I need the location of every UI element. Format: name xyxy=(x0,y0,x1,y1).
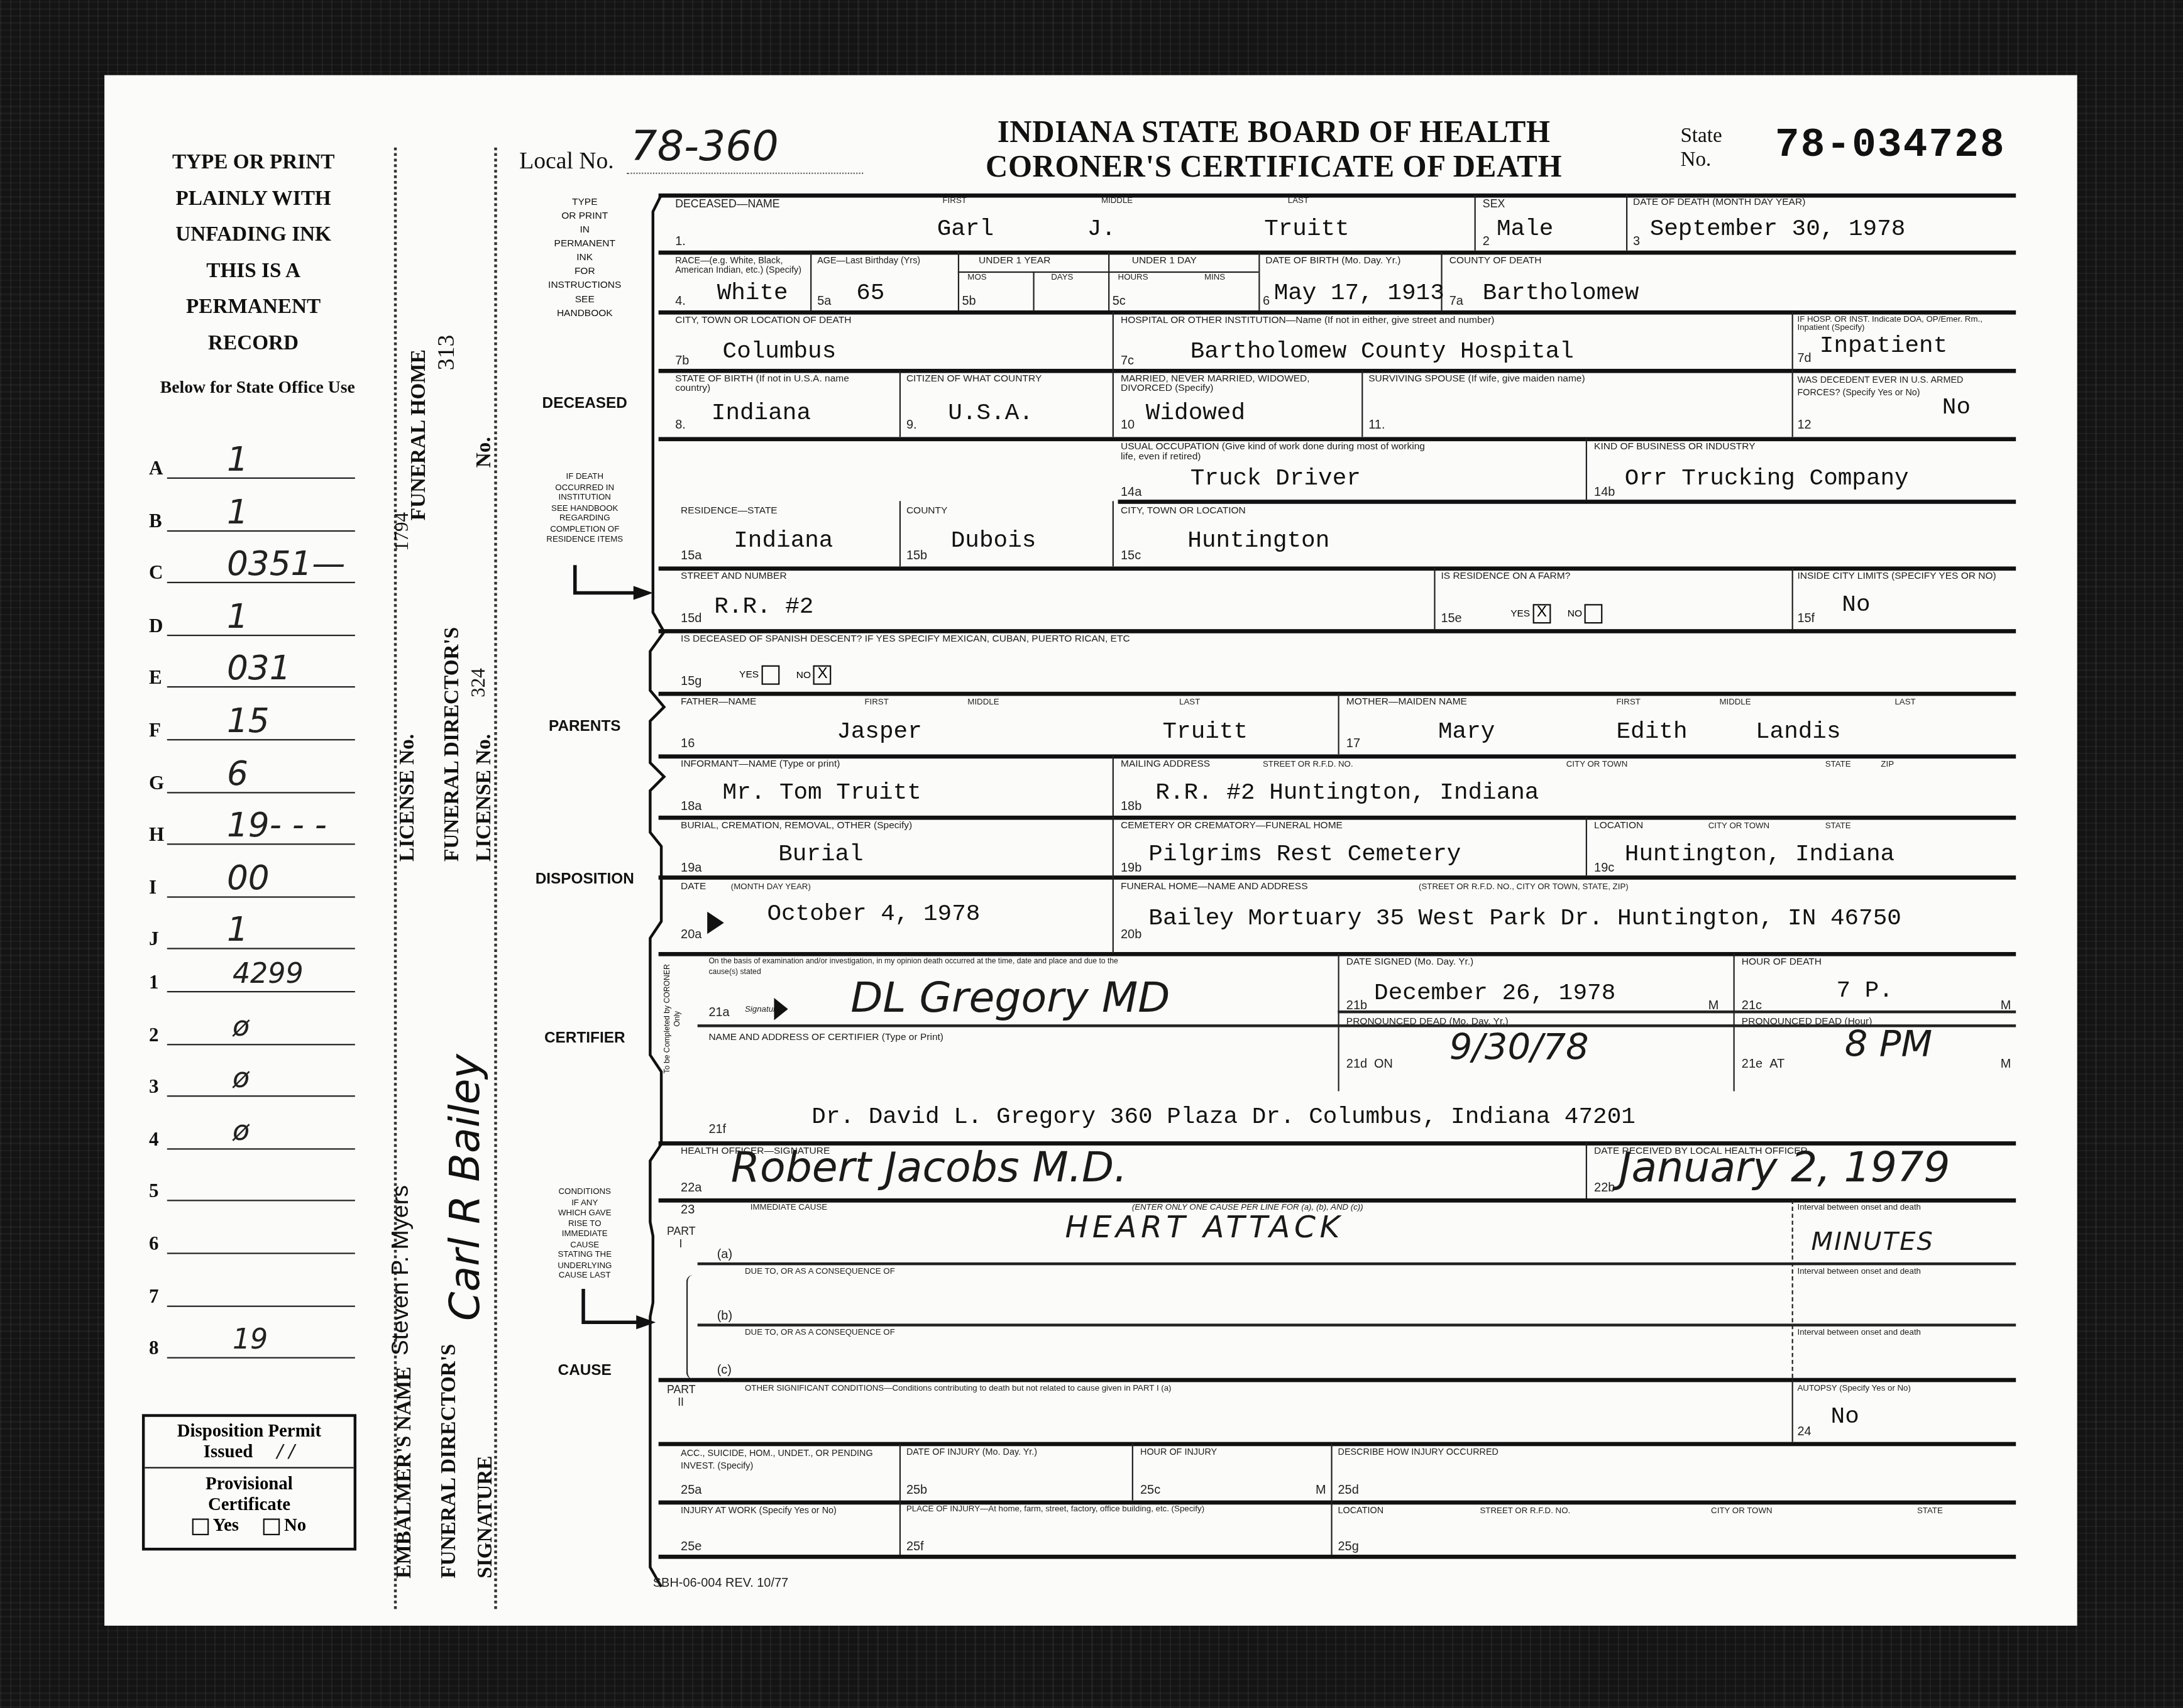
state-office-row-label: B xyxy=(149,512,162,534)
immediate-cause[interactable]: HEART ATTACK xyxy=(1065,1211,1344,1245)
due-to-label-b: DUE TO, OR AS A CONSEQUENCE OF xyxy=(745,1268,895,1276)
business-value[interactable]: Orr Trucking Company xyxy=(1625,466,1909,493)
local-no-label: Local No. xyxy=(519,148,614,175)
deceased-middle-name[interactable]: J. xyxy=(1087,217,1116,244)
hour-of-death[interactable]: 7 P. xyxy=(1836,978,1893,1005)
mother-middle-name[interactable]: Edith xyxy=(1616,720,1687,746)
rule xyxy=(659,629,2016,633)
father-last-name[interactable]: Truitt xyxy=(1162,720,1248,746)
burial-date[interactable]: October 4, 1978 xyxy=(767,902,980,928)
funeral-home-no: 313 xyxy=(433,335,461,370)
state-office-row-label: 6 xyxy=(149,1235,159,1257)
age-value[interactable]: 65 xyxy=(856,281,884,307)
state-office-row-value[interactable]: 1 xyxy=(227,440,248,479)
certifier-signature[interactable]: DL Gregory MD xyxy=(850,974,1170,1023)
state-office-row-label: 2 xyxy=(149,1025,159,1047)
hour-of-death-label: HOUR OF DEATH xyxy=(1742,958,1822,968)
state-no-label: State No. xyxy=(1680,125,1722,172)
city-of-death[interactable]: Columbus xyxy=(723,339,837,366)
citizen-value[interactable]: U.S.A. xyxy=(948,401,1033,427)
city-town-label: CITY OR TOWN xyxy=(1566,762,1627,770)
issued-value: / / xyxy=(277,1442,295,1463)
state-office-row-line xyxy=(167,1252,355,1254)
institution-note: IF DEATHOCCURRED IN INSTITUTIONSEE HANDB… xyxy=(522,473,647,546)
due-to-label-c: DUE TO, OR AS A CONSEQUENCE OF xyxy=(745,1329,895,1337)
state-office-row-line xyxy=(167,948,355,950)
spanish-yes-label: YES xyxy=(739,671,759,681)
rule xyxy=(1118,500,2016,504)
race-value[interactable]: White xyxy=(717,281,788,307)
spanish-yes-checkbox[interactable] xyxy=(761,665,779,685)
funeral-home-label: FUNERAL HOME—NAME AND ADDRESS xyxy=(1121,882,1308,892)
instruction-line: PLAINLY WITH xyxy=(135,181,372,217)
state-office-row-label: 1 xyxy=(149,973,159,995)
sex-value[interactable]: Male xyxy=(1497,217,1553,244)
section-certifier: CERTIFIER xyxy=(522,1030,647,1047)
instruction-line: UNFADING INK xyxy=(135,217,372,254)
disposition-permit-box: Disposition Permit Issued / / Provisiona… xyxy=(142,1414,356,1550)
fd-license-label: FUNERAL DIRECTOR'S xyxy=(441,627,465,862)
zip-label: ZIP xyxy=(1881,762,1894,770)
part-2-label: PART II xyxy=(667,1384,695,1409)
month-day-year-label: (MONTH DAY YEAR) xyxy=(731,884,811,892)
deceased-first-name[interactable]: Garl xyxy=(937,217,994,244)
local-no: 78-360 xyxy=(630,123,778,172)
certifier-name-label: NAME AND ADDRESS OF CERTIFIER (Type or P… xyxy=(708,1032,943,1043)
issued-label: Issued xyxy=(204,1440,253,1461)
residence-state-label: RESIDENCE—STATE xyxy=(681,506,778,517)
instruction-line: TYPE OR PRINT xyxy=(135,145,372,181)
state-office-row-label: 8 xyxy=(149,1339,159,1361)
farm-options: YES X NO xyxy=(1510,604,1603,623)
rule xyxy=(698,1262,2016,1265)
state-office-row-value[interactable]: 0351— xyxy=(227,544,345,583)
state-office-row-line xyxy=(167,1305,355,1306)
residence-city-label: CITY, TOWN OR LOCATION xyxy=(1121,506,1246,517)
form-number: SBH-06-004 REV. 10/77 xyxy=(653,1575,788,1589)
part-1-label: PART I xyxy=(667,1225,695,1250)
state-office-row-value[interactable]: 031 xyxy=(227,649,290,688)
rule xyxy=(659,1442,2016,1447)
section-deceased: DECEASED xyxy=(522,395,647,412)
pronounced-date-label: PRONOUNCED DEAD (Mo. Day. Yr.) xyxy=(1346,1017,1509,1027)
provisional-no-label: No xyxy=(284,1514,306,1535)
spanish-descent-label: IS DECEASED OF SPANISH DESCENT? IF YES S… xyxy=(681,635,1130,645)
mother-name-label: MOTHER—MAIDEN NAME xyxy=(1346,698,1467,708)
fd-signature: Carl R Bailey xyxy=(441,1054,490,1321)
health-officer-signature[interactable]: Robert Jacobs M.D. xyxy=(731,1144,1128,1193)
other-conditions-label: OTHER SIGNIFICANT CONDITIONS—Conditions … xyxy=(745,1385,1172,1393)
funeral-home-value[interactable]: Bailey Mortuary 35 West Park Dr. Hunting… xyxy=(1148,906,1901,933)
rule xyxy=(659,692,2016,696)
informant-label: INFORMANT—NAME (Type or print) xyxy=(681,760,840,770)
rule xyxy=(698,1323,2016,1326)
state-office-row-line xyxy=(167,478,355,479)
license-no-label: LICENSE No. xyxy=(397,734,421,862)
no-label: No. xyxy=(1680,149,1722,173)
instruction-line: RECORD xyxy=(135,326,372,362)
perforation-line xyxy=(494,148,497,1609)
citizen-label: CITIZEN OF WHAT COUNTRY xyxy=(906,375,1042,385)
residence-state[interactable]: Indiana xyxy=(734,529,833,556)
local-no-underline xyxy=(627,173,864,174)
instruction-line: PERMANENT xyxy=(135,290,372,326)
rule xyxy=(659,875,2016,880)
street-rfd-label: STREET OR R.F.D. NO. xyxy=(1263,762,1353,770)
street-label: STREET AND NUMBER xyxy=(681,572,787,582)
rule xyxy=(659,566,2016,571)
state-office-row-label: H xyxy=(149,826,164,848)
hospital-status-label: IF HOSP. OR INST. Indicate DOA, OP/Emer.… xyxy=(1797,316,2006,333)
state-office-label: Below for State Office Use xyxy=(132,377,383,398)
hospital-status[interactable]: Inpatient xyxy=(1820,334,1947,361)
state-office-row-line xyxy=(167,1043,355,1044)
state-office-row-label: D xyxy=(149,616,163,638)
form-title: INDIANA STATE BOARD OF HEALTH CORONER'S … xyxy=(960,114,1588,184)
residence-county-label: COUNTY xyxy=(906,506,947,517)
interval-a[interactable]: MINUTES xyxy=(1812,1228,1935,1257)
state-office-row-line xyxy=(167,1096,355,1097)
type-instructions-note: TYPEOR PRINT INPERMANENT INKFOR INSTRUCT… xyxy=(522,196,647,321)
city-limits-label: INSIDE CITY LIMITS (SPECIFY YES OR NO) xyxy=(1797,572,1996,582)
injury-location-label: LOCATION xyxy=(1338,1506,1384,1516)
injury-hour-label: HOUR OF INJURY xyxy=(1140,1447,1217,1457)
state-office-row-label: I xyxy=(149,878,157,900)
pointer-arrow-icon xyxy=(773,997,789,1022)
funeral-home-label: FUNERAL HOME xyxy=(408,349,432,520)
occupation-label: USUAL OCCUPATION (Give kind of work done… xyxy=(1121,442,1427,462)
fd-license-label-2: LICENSE No. xyxy=(473,734,497,862)
state-office-row-line xyxy=(167,1148,355,1149)
residence-city[interactable]: Huntington xyxy=(1187,529,1329,556)
cemetery-label: CEMETERY OR CREMATORY—FUNERAL HOME xyxy=(1121,821,1343,831)
section-cause: CAUSE xyxy=(522,1362,647,1379)
mother-last-name[interactable]: Landis xyxy=(1756,720,1841,746)
state-office-row-value[interactable]: ø xyxy=(233,1061,250,1094)
rule xyxy=(659,952,2016,956)
cause-bracket xyxy=(686,1275,693,1379)
father-name-label: FATHER—NAME xyxy=(681,698,756,708)
burial-date-label: DATE xyxy=(681,882,706,892)
autopsy-value[interactable]: No xyxy=(1831,1404,1859,1431)
rule xyxy=(659,1501,2016,1505)
provisional-no-checkbox[interactable] xyxy=(263,1518,280,1535)
provisional-yes-checkbox[interactable] xyxy=(192,1518,209,1535)
disposition-permit-label: Disposition Permit xyxy=(145,1420,353,1440)
spouse-label: SURVIVING SPOUSE (If wife, give maiden n… xyxy=(1368,375,1585,385)
date-signed-label: DATE SIGNED (Mo. Day. Yr.) xyxy=(1346,958,1473,968)
county-of-death-label: COUNTY OF DEATH xyxy=(1449,256,1542,266)
mailing-address-label: MAILING ADDRESS xyxy=(1121,760,1210,770)
injury-at-work-label: INJURY AT WORK (Specify Yes or No) xyxy=(681,1506,837,1516)
residence-street[interactable]: R.R. #2 xyxy=(714,594,813,621)
state-office-row-value[interactable]: 1 xyxy=(227,911,248,950)
state-office-row-label: 4 xyxy=(149,1130,159,1152)
hours-label: HOURS xyxy=(1118,274,1148,282)
burial-location[interactable]: Huntington, Indiana xyxy=(1625,842,1894,868)
city-of-death-label: CITY, TOWN OR LOCATION OF DEATH xyxy=(675,316,851,326)
section-disposition: DISPOSITION xyxy=(522,872,647,889)
sex-label: SEX xyxy=(1483,198,1505,211)
pronounced-date[interactable]: 9/30/78 xyxy=(1449,1027,1589,1069)
injury-how-label: DESCRIBE HOW INJURY OCCURRED xyxy=(1338,1447,1498,1457)
date-of-death[interactable]: September 30, 1978 xyxy=(1650,217,1906,244)
pronounced-hour[interactable]: 8 PM xyxy=(1845,1024,1932,1066)
hospital-value[interactable]: Bartholomew County Hospital xyxy=(1190,339,1574,366)
informant-name[interactable]: Mr. Tom Truitt xyxy=(723,781,921,807)
father-first-name[interactable]: Jasper xyxy=(837,720,922,746)
state-office-row-value[interactable]: ø xyxy=(233,1009,250,1042)
race-label: RACE—(e.g. White, Black, American Indian… xyxy=(675,256,803,276)
state-office-row-value[interactable]: 19 xyxy=(233,1323,268,1356)
hospital-label: HOSPITAL OR OTHER INSTITUTION—Name (If n… xyxy=(1121,316,1495,326)
state-office-row-value[interactable]: 19- - - xyxy=(227,806,327,845)
state-office-row-value[interactable]: 00 xyxy=(227,858,270,897)
state-office-row-label: 3 xyxy=(149,1078,159,1100)
instruction-line: THIS IS A xyxy=(135,253,372,290)
deceased-name-label: DECEASED—NAME xyxy=(675,198,779,211)
days-label: DAYS xyxy=(1051,274,1073,282)
farm-yes-checkbox[interactable]: X xyxy=(1533,604,1551,623)
state-label: State xyxy=(1680,125,1722,149)
rule xyxy=(659,1378,2016,1382)
farm-no-checkbox[interactable] xyxy=(1585,604,1603,623)
state-office-row-value[interactable]: ø xyxy=(233,1113,250,1146)
state-office-row-value[interactable]: 1 xyxy=(227,492,248,531)
months-label: MOS xyxy=(967,274,986,282)
state-office-row-value[interactable]: 1 xyxy=(227,597,248,636)
rule xyxy=(659,369,2016,373)
certifier-name-address[interactable]: Dr. David L. Gregory 360 Plaza Dr. Colum… xyxy=(811,1105,1636,1132)
date-received[interactable]: January 2, 1979 xyxy=(1619,1144,1950,1193)
funeral-home-addr-label: (STREET OR R.F.D. NO., CITY OR TOWN, STA… xyxy=(1419,884,1629,892)
state-office-row-line xyxy=(167,1200,355,1202)
accident-type-label: ACC., SUICIDE, HOM., UNDET., OR PENDING … xyxy=(681,1447,889,1472)
state-office-row-line xyxy=(167,635,355,636)
state-office-row-line xyxy=(167,1357,355,1359)
state-office-row-value[interactable]: 6 xyxy=(227,754,248,793)
interval-label: Interval between onset and death xyxy=(1797,1204,1921,1212)
armed-forces-label: WAS DECEDENT EVER IN U.S. ARMED FORCES? … xyxy=(1797,375,2006,400)
license-no: 1794 xyxy=(393,512,415,551)
birth-state[interactable]: Indiana xyxy=(712,401,811,427)
provisional-yes-label: Yes xyxy=(212,1514,239,1535)
mother-first-name[interactable]: Mary xyxy=(1438,720,1495,746)
instructions-block: TYPE OR PRINT PLAINLY WITH UNFADING INK … xyxy=(135,145,372,362)
injury-date-label: DATE OF INJURY (Mo. Day. Yr.) xyxy=(906,1447,1037,1457)
county-of-death[interactable]: Bartholomew xyxy=(1483,281,1639,307)
state-no: 78-034728 xyxy=(1775,123,2006,168)
armed-forces[interactable]: No xyxy=(1942,395,1971,422)
embalmer-name: Steven P. Myers xyxy=(387,1185,415,1355)
marital-status[interactable]: Widowed xyxy=(1146,401,1245,427)
dob-label: DATE OF BIRTH (Mo. Day. Yr.) xyxy=(1265,256,1400,266)
location-label: LOCATION xyxy=(1594,821,1643,831)
immediate-cause-label: IMMEDIATE CAUSE xyxy=(751,1204,827,1212)
state-office-row-label: F xyxy=(149,721,161,743)
state-office-row-value[interactable]: 15 xyxy=(227,701,270,740)
date-of-death-label: DATE OF DEATH (MONTH DAY YEAR) xyxy=(1633,198,1805,208)
birth-state-label: STATE OF BIRTH (If not in U.S.A. name co… xyxy=(675,375,884,394)
fd-signature-label: FUNERAL DIRECTOR'S xyxy=(439,1344,463,1578)
certificate-label: Certificate xyxy=(145,1494,353,1514)
mailing-address[interactable]: R.R. #2 Huntington, Indiana xyxy=(1155,781,1539,807)
spanish-options: YES NO X xyxy=(739,665,832,685)
occupation-value[interactable]: Truck Driver xyxy=(1190,466,1361,493)
state-office-row-value[interactable]: 4299 xyxy=(233,956,304,990)
autopsy-label: AUTOPSY (Specify Yes or No) xyxy=(1797,1385,1910,1393)
coroner-only-note: To be Completed by CORONER Only xyxy=(664,963,684,1075)
residence-county[interactable]: Dubois xyxy=(951,529,1037,556)
marital-label: MARRIED, NEVER MARRIED, WIDOWED, DIVORCE… xyxy=(1121,375,1343,394)
state-office-row-line xyxy=(167,530,355,531)
state-office-row-label: A xyxy=(149,459,163,481)
cemetery-value[interactable]: Pilgrims Rest Cemetery xyxy=(1148,842,1461,868)
rule xyxy=(659,816,2016,820)
state-office-row-line xyxy=(167,791,355,792)
burial-label: BURIAL, CREMATION, REMOVAL, OTHER (Speci… xyxy=(681,821,912,831)
burial-method[interactable]: Burial xyxy=(778,842,864,868)
injury-place-label: PLACE OF INJURY—At home, farm, street, f… xyxy=(906,1506,1204,1514)
middle-label: MIDDLE xyxy=(1101,198,1133,206)
provisional-label: Provisional xyxy=(145,1472,353,1493)
state-office-row-label: C xyxy=(149,564,163,586)
state-office-row-label: 7 xyxy=(149,1287,159,1309)
rule xyxy=(659,1198,2016,1203)
deceased-last-name[interactable]: Truitt xyxy=(1264,217,1350,244)
first-label: FIRST xyxy=(942,198,966,206)
fd-signature-label-2: SIGNATURE xyxy=(475,1456,498,1579)
funeral-home-no-label: No. xyxy=(473,437,497,468)
title-line-1: INDIANA STATE BOARD OF HEALTH xyxy=(960,114,1588,149)
farm-label: IS RESIDENCE ON A FARM? xyxy=(1441,572,1570,582)
under-1-day-label: UNDER 1 DAY xyxy=(1132,256,1197,266)
farm-no-label: NO xyxy=(1568,610,1582,620)
fd-license-no: 324 xyxy=(469,668,491,698)
section-parents: PARENTS xyxy=(522,718,647,735)
age-label: AGE—Last Birthday (Yrs) xyxy=(817,256,942,266)
scan-background: TYPE OR PRINT PLAINLY WITH UNFADING INK … xyxy=(0,0,2183,1708)
date-signed[interactable]: December 26, 1978 xyxy=(1374,982,1615,1008)
state-col-label: STATE xyxy=(1825,762,1851,770)
business-label: KIND OF BUSINESS OR INDUSTRY xyxy=(1594,442,1755,452)
certificate-page: TYPE OR PRINT PLAINLY WITH UNFADING INK … xyxy=(104,75,2077,1626)
rule xyxy=(659,437,2016,441)
conditions-note: CONDITIONSIF ANY WHICH GAVERISE TO IMMED… xyxy=(522,1189,647,1283)
city-limits[interactable]: No xyxy=(1842,593,1870,620)
state-office-row-label: J xyxy=(149,930,159,952)
rule xyxy=(659,754,2016,758)
last-label: LAST xyxy=(1288,198,1309,206)
rule xyxy=(659,194,2016,198)
rule xyxy=(659,310,2016,315)
state-office-row-label: G xyxy=(149,774,164,796)
title-line-2: CORONER'S CERTIFICATE OF DEATH xyxy=(960,149,1588,183)
rule xyxy=(659,251,2016,255)
farm-yes-label: YES xyxy=(1510,610,1530,620)
spanish-no-checkbox[interactable]: X xyxy=(813,665,832,685)
date-of-birth[interactable]: May 17, 1913 xyxy=(1274,281,1444,307)
under-1-year-label: UNDER 1 YEAR xyxy=(979,256,1050,266)
embalmer-name-label: EMBALMER'S NAME xyxy=(394,1367,418,1579)
state-office-row-line xyxy=(167,991,355,992)
rule xyxy=(659,1555,2016,1559)
pointer-arrow-icon xyxy=(706,911,725,936)
mins-label: MINS xyxy=(1204,274,1225,282)
spanish-no-label: NO xyxy=(796,671,811,681)
state-office-row-label: 5 xyxy=(149,1182,159,1204)
state-office-row-label: E xyxy=(149,669,162,691)
